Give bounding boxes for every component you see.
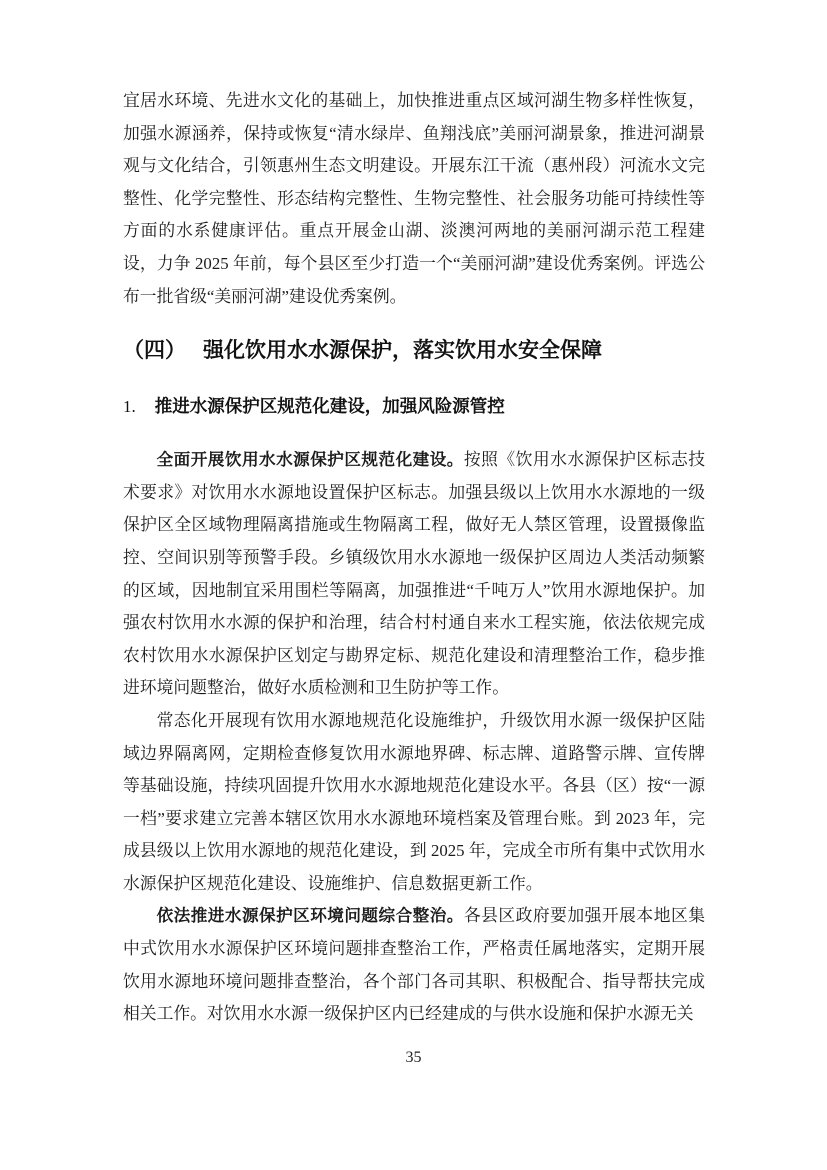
paragraph-1-lead: 全面开展饮用水水源保护区规范化建设。 <box>157 450 464 469</box>
sub-heading-title: 推进水源保护区规范化建设，加强风险源管控 <box>155 390 505 422</box>
page-number: 35 <box>0 1047 827 1069</box>
document-page: 宜居水环境、先进水文化的基础上，加快推进重点区域河湖生物多样性恢复，加强水源涵养… <box>0 0 827 1170</box>
paragraph-continuation: 宜居水环境、先进水文化的基础上，加快推进重点区域河湖生物多样性恢复，加强水源涵养… <box>123 85 705 313</box>
paragraph-2-body: 常态化开展现有饮用水源地规范化设施维护，升级饮用水源一级保护区陆域边界隔离网，定… <box>123 711 705 893</box>
sub-heading: 1. 推进水源保护区规范化建设，加强风险源管控 <box>123 390 705 423</box>
section-heading-number: （四） <box>123 335 186 367</box>
paragraph-1-body: 按照《饮用水水源保护区标志技术要求》对饮用水水源地设置保护区标志。加强县级以上饮… <box>123 450 705 697</box>
text-block: 宜居水环境、先进水文化的基础上，加快推进重点区域河湖生物多样性恢复，加强水源涵养… <box>123 85 705 1031</box>
section-heading: （四） 强化饮用水水源保护，落实饮用水安全保障 <box>123 335 705 367</box>
paragraph-1: 全面开展饮用水水源保护区规范化建设。按照《饮用水水源保护区标志技术要求》对饮用水… <box>123 444 705 705</box>
sub-heading-number: 1. <box>123 391 136 423</box>
paragraph-3-lead: 依法推进水源保护区环境问题综合整治。 <box>157 906 464 925</box>
paragraph-3: 依法推进水源保护区环境问题综合整治。各县区政府要加强开展本地区集中式饮用水水源保… <box>123 900 705 1030</box>
section-heading-title: 强化饮用水水源保护，落实饮用水安全保障 <box>203 335 602 367</box>
paragraph-2: 常态化开展现有饮用水源地规范化设施维护，升级饮用水源一级保护区陆域边界隔离网，定… <box>123 705 705 901</box>
